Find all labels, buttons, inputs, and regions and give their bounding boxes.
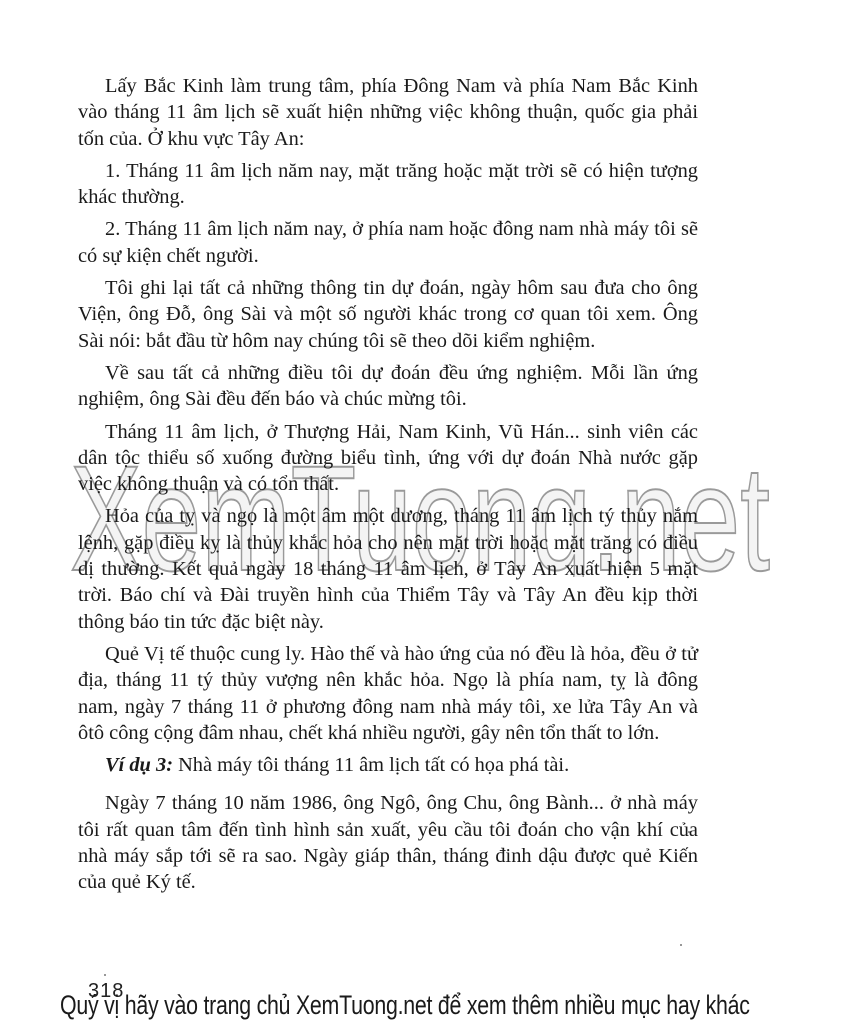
paragraph-2: 1. Tháng 11 âm lịch năm nay, mặt trăng h… <box>78 158 698 211</box>
paragraph-final: Ngày 7 tháng 10 năm 1986, ông Ngô, ông C… <box>78 790 698 895</box>
paragraph-5: Về sau tất cả những điều tôi dự đoán đều… <box>78 360 698 413</box>
body-text: Lấy Bắc Kinh làm trung tâm, phía Đông Na… <box>78 73 698 902</box>
footer-banner: Quý vị hãy vào trang chủ XemTuong.net để… <box>60 990 645 1021</box>
example-heading: Ví dụ 3: Nhà máy tôi tháng 11 âm lịch tấ… <box>78 752 698 778</box>
scan-speck <box>104 974 106 976</box>
paragraph-6: Tháng 11 âm lịch, ở Thượng Hải, Nam Kinh… <box>78 419 698 498</box>
paragraph-1: Lấy Bắc Kinh làm trung tâm, phía Đông Na… <box>78 73 698 152</box>
book-page: XemTuong.net Lấy Bắc Kinh làm trung tâm,… <box>0 0 850 1033</box>
example-text: Nhà máy tôi tháng 11 âm lịch tất có họa … <box>173 754 569 776</box>
paragraph-7: Hỏa của tỵ và ngọ là một âm một dương, t… <box>78 503 698 634</box>
example-label: Ví dụ 3: <box>105 754 173 776</box>
scan-speck <box>680 944 682 946</box>
paragraph-4: Tôi ghi lại tất cả những thông tin dự đo… <box>78 275 698 354</box>
paragraph-8: Quẻ Vị tế thuộc cung ly. Hào thế và hào … <box>78 641 698 746</box>
paragraph-3: 2. Tháng 11 âm lịch năm nay, ở phía nam … <box>78 216 698 269</box>
